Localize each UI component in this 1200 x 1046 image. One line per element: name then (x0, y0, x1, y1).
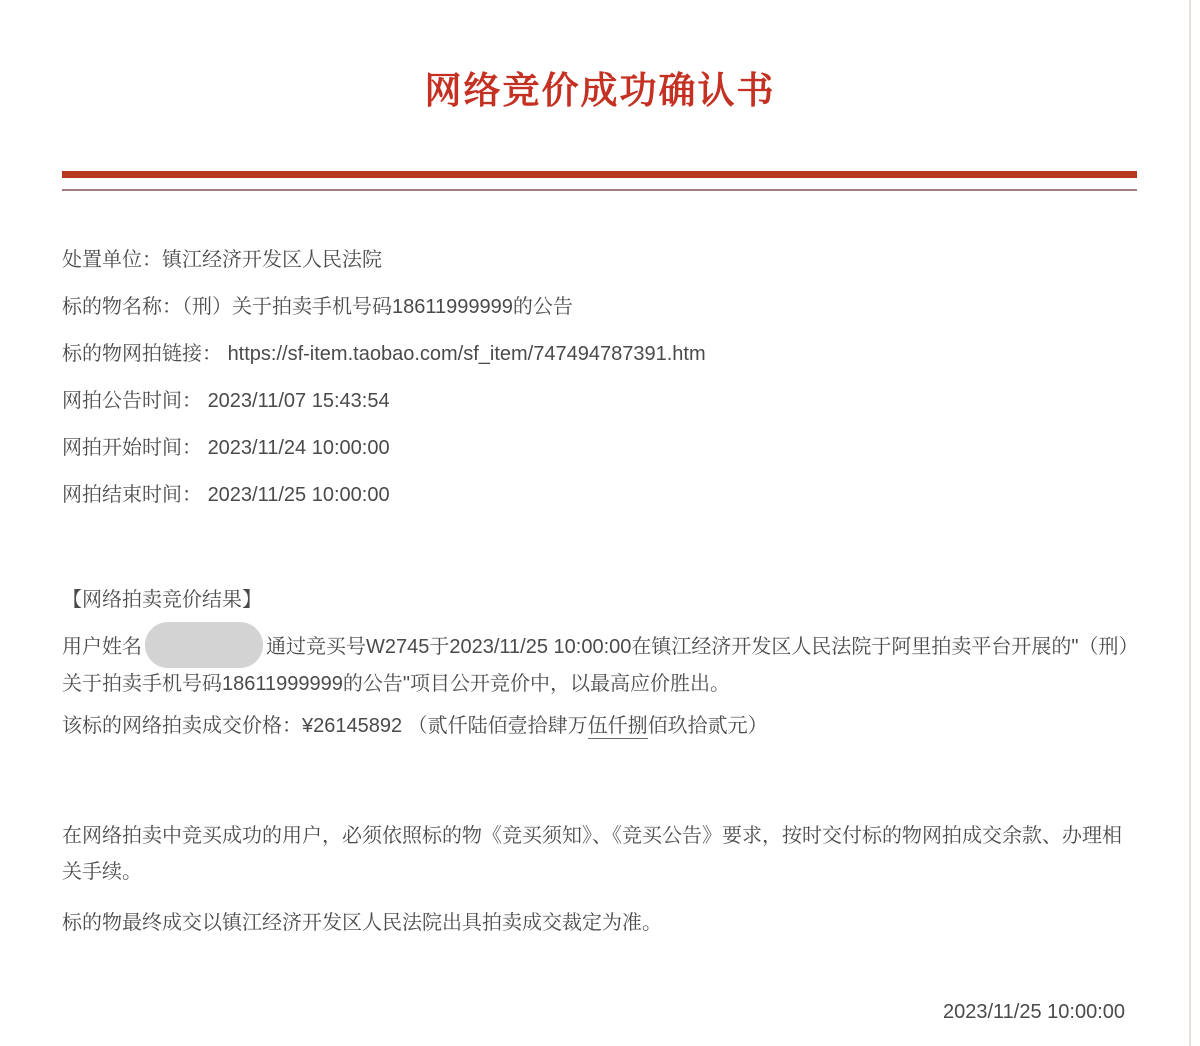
info-value: （刑）关于拍卖手机号码18611999999的公告 (182, 296, 573, 318)
info-label: 网拍开始时间： (62, 437, 202, 459)
info-label: 处置单位： (62, 249, 162, 271)
footer-date: 2023/11/25 10:00:00 (943, 1001, 1125, 1024)
info-line-start-time: 网拍开始时间： 2023/11/24 10:00:00 (62, 435, 1137, 462)
info-value-url: https://sf-item.taobao.com/sf_item/74749… (228, 343, 706, 365)
info-line-subject-name: 标的物名称：（刑）关于拍卖手机号码18611999999的公告 (62, 294, 1137, 321)
info-label: 网拍结束时间： (62, 484, 202, 506)
info-value: 2023/11/25 10:00:00 (208, 484, 390, 506)
info-value: 2023/11/07 15:43:54 (208, 390, 390, 412)
note-final-ruling: 标的物最终成交以镇江经济开发区人民法院出具拍卖成交裁定为准。 (62, 905, 1137, 941)
info-line-disposal-unit: 处置单位：镇江经济开发区人民法院 (62, 247, 1137, 274)
info-label: 标的物名称： (62, 296, 182, 318)
info-line-end-time: 网拍结束时间： 2023/11/25 10:00:00 (62, 482, 1137, 509)
notes-block: 在网络拍卖中竞买成功的用户，必须依照标的物《竞买须知》、《竞买公告》要求，按时交… (62, 818, 1137, 941)
price-in-words-prefix: （贰仟陆佰壹拾肆万 (408, 715, 588, 737)
info-value: 镇江经济开发区人民法院 (162, 249, 382, 271)
note-payment-obligation: 在网络拍卖中竞买成功的用户，必须依照标的物《竞买须知》、《竞买公告》要求，按时交… (62, 818, 1137, 890)
price-label: 该标的网络拍卖成交价格： (62, 715, 302, 737)
info-line-auction-link: 标的物网拍链接： https://sf-item.taobao.com/sf_i… (62, 341, 1137, 368)
info-value: 2023/11/24 10:00:00 (208, 437, 390, 459)
price-value: ¥26145892 (302, 715, 408, 737)
bidder-prefix: 用户姓名 (62, 636, 142, 658)
document-content: 处置单位：镇江经济开发区人民法院 标的物名称：（刑）关于拍卖手机号码186119… (62, 171, 1137, 941)
price-in-words-suffix: 佰玖拾贰元） (648, 715, 768, 737)
info-label: 标的物网拍链接： (62, 343, 222, 365)
page-right-edge (1189, 0, 1191, 1046)
info-line-announce-time: 网拍公告时间： 2023/11/07 15:43:54 (62, 388, 1137, 415)
bidder-result-paragraph: 用户姓名通过竞买号W2745于2023/11/25 10:00:00在镇江经济开… (62, 629, 1137, 703)
info-label: 网拍公告时间： (62, 390, 202, 412)
price-in-words-underlined: 伍仟捌 (588, 715, 648, 739)
divider-thick-red-rule (62, 171, 1137, 178)
confirmation-document: 网络竞价成功确认书 处置单位：镇江经济开发区人民法院 标的物名称：（刑）关于拍卖… (0, 0, 1200, 1046)
redacted-name-blob (145, 622, 263, 668)
document-title: 网络竞价成功确认书 (0, 0, 1200, 116)
result-section-heading: 【网络拍卖竞价结果】 (62, 587, 1137, 614)
divider-thin-rule (62, 189, 1137, 191)
price-line: 该标的网络拍卖成交价格：¥26145892 （贰仟陆佰壹拾肆万伍仟捌佰玖拾贰元） (62, 712, 1137, 740)
auction-info-block: 处置单位：镇江经济开发区人民法院 标的物名称：（刑）关于拍卖手机号码186119… (62, 247, 1137, 509)
